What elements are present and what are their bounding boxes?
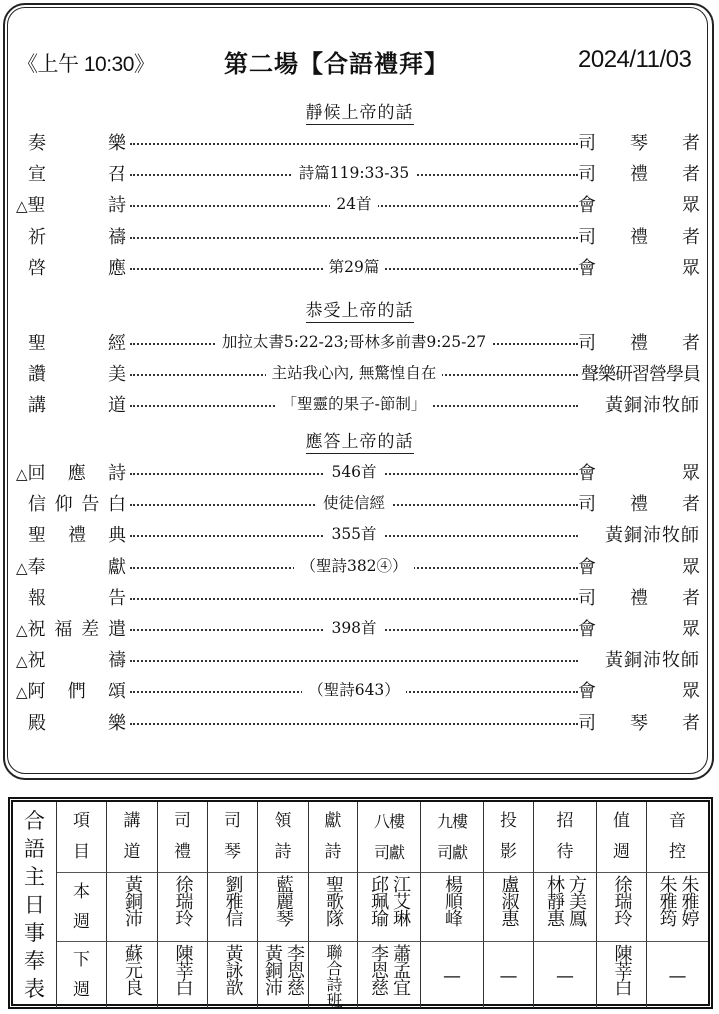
leader-text: 會 xyxy=(578,459,596,485)
liturgy-item-content: 詩篇119:33-35 xyxy=(130,162,578,184)
liturgy-item: 讚美主站我心內, 無驚惶自在聲樂研習營學員 xyxy=(16,358,700,386)
liturgy-item-label: △回應詩 xyxy=(16,459,126,485)
row-label-this-week: 本週 xyxy=(57,873,107,942)
liturgy-item: 祈禱司禮者 xyxy=(16,221,700,249)
leader-text: 司 xyxy=(578,223,596,249)
liturgy-item-content: 398首 xyxy=(130,617,578,639)
liturgy-item-content-text: 主站我心內, 無驚惶自在 xyxy=(266,364,443,382)
empty-dash: — xyxy=(500,966,518,987)
liturgy-item-content-text: 398首 xyxy=(325,619,382,637)
liturgy-item-label: △奉獻 xyxy=(16,553,126,579)
label-char: 禮 xyxy=(68,521,86,547)
header-line: 司 xyxy=(174,806,191,837)
assignee-name: 李恩慈 xyxy=(285,944,303,995)
label-char: 們 xyxy=(68,677,86,703)
liturgy-item: △奉獻（聖詩382④）會眾 xyxy=(16,551,700,579)
leader-text: 眾 xyxy=(682,254,700,280)
leader-text: 者 xyxy=(682,709,700,735)
title-char: 表 xyxy=(24,975,45,1003)
liturgy-item-leader: 黃銅沛牧師 xyxy=(578,646,700,672)
liturgy-item-content: 24首 xyxy=(130,193,578,215)
leader-text: 眾 xyxy=(682,553,700,579)
leader-text: 聲樂研習營學員 xyxy=(581,360,700,386)
header-char: 目 xyxy=(73,837,90,868)
liturgy-item: 啓應第29篇會眾 xyxy=(16,252,700,280)
liturgy-item: △阿們頌（聖詩643）會眾 xyxy=(16,675,700,703)
liturgy-item-content: 主站我心內, 無驚惶自在 xyxy=(130,362,578,384)
leader-text: 禮 xyxy=(630,329,648,355)
duty-assignee-cell: — xyxy=(484,942,534,1008)
assignee-name: 蕭孟宜 xyxy=(391,944,409,995)
header-line: 講 xyxy=(124,806,141,837)
leader-text: 者 xyxy=(682,490,700,516)
duty-assignee-cell: 李恩慈黃銅沛 xyxy=(258,942,309,1008)
congregation-stand-marker-icon: △ xyxy=(16,652,28,670)
liturgy-item-leader: 司禮者 xyxy=(578,329,700,355)
duty-table-grid: 合語主日事奉表項目講道司禮司琴領詩獻詩八樓司獻九樓司獻投影招待值週音控本週黃銅沛… xyxy=(13,802,708,1004)
liturgy-item: 聖禮典355首黃銅沛牧師 xyxy=(16,519,700,547)
bulletin-header: 《上午 10:30》 第二場【合語禮拜】 2024/11/03 xyxy=(0,44,719,80)
label-char: 頌 xyxy=(108,677,126,703)
title-char: 主 xyxy=(24,863,45,891)
label-char: 差 xyxy=(81,615,99,641)
label-char: 信 xyxy=(28,490,46,516)
duty-table-title: 合語主日事奉表 xyxy=(13,802,57,1008)
header-line: 值 xyxy=(613,806,630,837)
dotted-leader xyxy=(130,237,578,239)
header-line: 詩 xyxy=(325,837,342,868)
label-char: 殿 xyxy=(28,709,46,735)
label-char: 樂 xyxy=(108,129,126,155)
label-first: △奉 xyxy=(16,553,46,579)
duty-assignee-cell: 朱雅婷朱雅筠 xyxy=(647,873,708,942)
liturgy-item-content: 加拉太書5:22-23;哥林多前書9:25-27 xyxy=(130,331,578,353)
duty-column-header: 八樓司獻 xyxy=(358,802,421,873)
service-title: 第二場【合語禮拜】 xyxy=(224,44,449,79)
leader-text: 者 xyxy=(682,329,700,355)
leader-text: 禮 xyxy=(630,223,648,249)
duty-assignee-cell: 陳莘白 xyxy=(158,942,208,1008)
label-char: 祝 xyxy=(28,650,46,671)
assignee-name: 林靜惠 xyxy=(545,875,563,926)
liturgy-item-content-text: 355首 xyxy=(325,525,382,543)
liturgy-item-label: △祝禱 xyxy=(16,646,126,672)
liturgy-item-leader: 會眾 xyxy=(578,459,700,485)
label-char: 阿 xyxy=(28,681,46,702)
liturgy-item-label: △阿們頌 xyxy=(16,677,126,703)
assignee-name: 聯合詩班 xyxy=(325,944,341,1008)
label-char: 聖 xyxy=(28,329,46,355)
assignee-name: 聖歌隊 xyxy=(324,875,342,926)
duty-assignee-cell: — xyxy=(647,942,708,1008)
liturgy-item-label: △祝福差遣 xyxy=(16,615,126,641)
label-char: 禱 xyxy=(108,223,126,249)
service-date: 2024/11/03 xyxy=(578,46,691,74)
section-title-text: 恭受上帝的話 xyxy=(306,301,414,323)
header-line: 招 xyxy=(557,806,574,837)
header-line: 影 xyxy=(500,837,517,868)
leader-text: 會 xyxy=(578,677,596,703)
leader-text: 司 xyxy=(578,584,596,610)
label-char: 聖 xyxy=(28,521,46,547)
assignee-name: 楊順峰 xyxy=(443,875,461,926)
label-char: 回 xyxy=(28,463,46,484)
liturgy-item: △祝禱黃銅沛牧師 xyxy=(16,644,700,672)
label-char: 宣 xyxy=(28,160,46,186)
label-char: 報 xyxy=(28,584,46,610)
liturgy-item-leader: 黃銅沛牧師 xyxy=(578,391,700,417)
label-char: 美 xyxy=(108,360,126,386)
liturgy-item-content-text: （聖詩643） xyxy=(302,681,406,699)
leader-text: 司 xyxy=(578,329,596,355)
liturgy-item-content: 546首 xyxy=(130,461,578,483)
liturgy-item-label: 奏樂 xyxy=(16,129,126,155)
leader-text: 者 xyxy=(682,223,700,249)
label-char: 典 xyxy=(108,521,126,547)
label-first: △祝 xyxy=(16,646,46,672)
liturgy-item: △回應詩546首會眾 xyxy=(16,457,700,485)
label-char: 獻 xyxy=(108,553,126,579)
assignee-name: 邱珮瑜 xyxy=(369,875,387,926)
row-label-char: 下 xyxy=(73,945,90,975)
assignee-name: 蘇元良 xyxy=(123,944,141,995)
label-char: 奏 xyxy=(28,129,46,155)
liturgy-item: 報告司禮者 xyxy=(16,582,700,610)
row-label-char: 本 xyxy=(73,877,90,907)
assignee-name: 盧淑惠 xyxy=(500,875,518,926)
leader-text: 眾 xyxy=(682,191,700,217)
liturgy-item: 奏樂司琴者 xyxy=(16,127,700,155)
label-first: △回 xyxy=(16,459,46,485)
liturgy-item-content-text: 詩篇119:33-35 xyxy=(293,164,416,182)
leader-text: 黃銅沛牧師 xyxy=(605,391,700,417)
section-title: 恭受上帝的話 xyxy=(0,296,719,320)
header-line: 八樓 xyxy=(374,806,404,837)
header-line: 禮 xyxy=(174,837,191,868)
liturgy-item: △聖詩24首會眾 xyxy=(16,189,700,217)
label-char: 祝 xyxy=(28,619,46,640)
header-line: 領 xyxy=(275,806,292,837)
assignee-name: 朱雅筠 xyxy=(658,875,676,926)
header-line: 琴 xyxy=(224,837,241,868)
liturgy-item: 殿樂司琴者 xyxy=(16,707,700,735)
assignee-name: 方美鳳 xyxy=(567,875,585,926)
label-char: 應 xyxy=(68,459,86,485)
liturgy-item: 聖經加拉太書5:22-23;哥林多前書9:25-27司禮者 xyxy=(16,327,700,355)
label-char: 詩 xyxy=(108,191,126,217)
liturgy-item-label: △聖詩 xyxy=(16,191,126,217)
duty-assignee-cell: 黃銅沛 xyxy=(107,873,158,942)
leader-text: 會 xyxy=(578,553,596,579)
liturgy-item-leader: 司禮者 xyxy=(578,223,700,249)
label-first: △聖 xyxy=(16,191,46,217)
header-line: 週 xyxy=(613,837,630,868)
liturgy-item-content-text: （聖詩382④） xyxy=(294,557,413,575)
leader-text: 禮 xyxy=(630,490,648,516)
leader-text: 黃銅沛牧師 xyxy=(605,646,700,672)
duty-assignee-cell: 徐瑞玲 xyxy=(158,873,208,942)
assignee-name: 朱雅婷 xyxy=(680,875,698,926)
liturgy-item-leader: 會眾 xyxy=(578,553,700,579)
leader-text: 會 xyxy=(578,191,596,217)
duty-assignee-cell: — xyxy=(421,942,484,1008)
label-char: 啓 xyxy=(28,254,46,280)
label-char: 詩 xyxy=(108,459,126,485)
leader-text: 者 xyxy=(682,160,700,186)
dotted-leader xyxy=(130,143,578,145)
title-char: 日 xyxy=(24,891,45,919)
duty-column-header: 司琴 xyxy=(208,802,258,873)
header-line: 司獻 xyxy=(374,837,404,868)
liturgy-item-leader: 會眾 xyxy=(578,677,700,703)
label-char: 祈 xyxy=(28,223,46,249)
title-char: 語 xyxy=(24,835,45,863)
liturgy-item-content-text: 第29篇 xyxy=(323,258,386,276)
empty-dash: — xyxy=(443,966,461,987)
duty-table: 合語主日事奉表項目講道司禮司琴領詩獻詩八樓司獻九樓司獻投影招待值週音控本週黃銅沛… xyxy=(8,797,713,1009)
label-char: 道 xyxy=(108,391,126,417)
liturgy-item-content-text: 加拉太書5:22-23;哥林多前書9:25-27 xyxy=(216,333,492,351)
assignee-name: 黃銅沛 xyxy=(263,944,281,995)
duty-assignee-cell: — xyxy=(534,942,597,1008)
leader-text: 者 xyxy=(682,129,700,155)
service-time: 《上午 10:30》 xyxy=(17,48,154,78)
duty-column-header: 九樓司獻 xyxy=(421,802,484,873)
title-char: 合 xyxy=(24,807,45,835)
label-char: 聖 xyxy=(28,195,46,216)
assignee-name: 李恩慈 xyxy=(369,944,387,995)
label-char: 白 xyxy=(108,490,126,516)
liturgy-item: 講道「聖靈的果子-節制」黃銅沛牧師 xyxy=(16,389,700,417)
dotted-leader xyxy=(130,598,578,600)
header-line: 音 xyxy=(669,806,686,837)
header-line: 控 xyxy=(669,837,686,868)
liturgy-item-label: 聖禮典 xyxy=(16,521,126,547)
dotted-leader xyxy=(130,723,578,725)
duty-assignee-cell: 盧淑惠 xyxy=(484,873,534,942)
duty-assignee-cell: 黃詠歆 xyxy=(208,942,258,1008)
duty-column-header: 投影 xyxy=(484,802,534,873)
liturgy-item-content: 「聖靈的果子-節制」 xyxy=(130,393,578,415)
liturgy-item-content: 第29篇 xyxy=(130,256,578,278)
header-line: 司獻 xyxy=(437,837,467,868)
liturgy-item-leader: 聲樂研習營學員 xyxy=(578,360,700,386)
liturgy-item-content-text: 546首 xyxy=(325,463,382,481)
leader-text: 司 xyxy=(578,490,596,516)
liturgy-item-label: 殿樂 xyxy=(16,709,126,735)
leader-text: 禮 xyxy=(630,160,648,186)
congregation-stand-marker-icon: △ xyxy=(16,683,28,701)
assignee-name: 徐瑞玲 xyxy=(613,875,631,926)
leader-text: 會 xyxy=(578,254,596,280)
liturgy-item-leader: 會眾 xyxy=(578,615,700,641)
liturgy-item-leader: 司琴者 xyxy=(578,129,700,155)
leader-text: 黃銅沛牧師 xyxy=(605,521,700,547)
liturgy-item: 信仰告白使徒信經司禮者 xyxy=(16,488,700,516)
duty-assignee-cell: 江艾琳邱珮瑜 xyxy=(358,873,421,942)
leader-text: 眾 xyxy=(682,459,700,485)
duty-column-header: 領詩 xyxy=(258,802,309,873)
label-char: 遣 xyxy=(108,615,126,641)
duty-assignee-cell: 蕭孟宜李恩慈 xyxy=(358,942,421,1008)
dotted-leader xyxy=(130,660,578,662)
liturgy-item-leader: 司禮者 xyxy=(578,490,700,516)
leader-text: 禮 xyxy=(630,584,648,610)
assignee-name: 江艾琳 xyxy=(391,875,409,926)
header-line: 待 xyxy=(557,837,574,868)
row-label-next-week: 下週 xyxy=(57,942,107,1008)
duty-assignee-cell: 方美鳳林靜惠 xyxy=(534,873,597,942)
label-char: 召 xyxy=(108,160,126,186)
liturgy-item-label: 祈禱 xyxy=(16,223,126,249)
label-char: 禱 xyxy=(108,646,126,672)
header-line: 九樓 xyxy=(437,806,467,837)
assignee-name: 陳莘白 xyxy=(174,944,192,995)
liturgy-item-label: 報告 xyxy=(16,584,126,610)
duty-column-header: 司禮 xyxy=(158,802,208,873)
label-char: 讚 xyxy=(28,360,46,386)
liturgy-item-content-text: 24首 xyxy=(330,195,377,213)
liturgy-item-content: （聖詩643） xyxy=(130,679,578,701)
duty-column-header: 獻詩 xyxy=(309,802,358,873)
label-char: 告 xyxy=(108,584,126,610)
liturgy-item-label: 啓應 xyxy=(16,254,126,280)
liturgy-item-label: 信仰告白 xyxy=(16,490,126,516)
congregation-stand-marker-icon: △ xyxy=(16,621,28,639)
assignee-name: 劉雅信 xyxy=(224,875,242,926)
empty-dash: — xyxy=(669,966,687,987)
liturgy-item-label: 聖經 xyxy=(16,329,126,355)
duty-assignee-cell: 陳莘白 xyxy=(597,942,647,1008)
leader-text: 者 xyxy=(682,584,700,610)
row-label-char: 週 xyxy=(73,975,90,1005)
leader-text: 眾 xyxy=(682,677,700,703)
assignee-name: 黃詠歆 xyxy=(224,944,242,995)
header-char: 項 xyxy=(73,806,90,837)
label-char: 仰 xyxy=(55,490,73,516)
liturgy-item-label: 講道 xyxy=(16,391,126,417)
duty-column-header: 值週 xyxy=(597,802,647,873)
duty-assignee-cell: 聯合詩班 xyxy=(309,942,358,1008)
header-line: 獻 xyxy=(325,806,342,837)
leader-text: 琴 xyxy=(630,129,648,155)
section-title-text: 應答上帝的話 xyxy=(306,432,414,454)
title-char: 事 xyxy=(24,919,45,947)
duty-assignee-cell: 徐瑞玲 xyxy=(597,873,647,942)
label-char: 講 xyxy=(28,391,46,417)
liturgy-item-leader: 司琴者 xyxy=(578,709,700,735)
duty-column-header: 音控 xyxy=(647,802,708,873)
liturgy-item-leader: 司禮者 xyxy=(578,584,700,610)
duty-assignee-cell: 劉雅信 xyxy=(208,873,258,942)
assignee-name: 陳莘白 xyxy=(613,944,631,995)
liturgy-item-leader: 黃銅沛牧師 xyxy=(578,521,700,547)
section-title-text: 靜候上帝的話 xyxy=(306,103,414,125)
header-line: 司 xyxy=(224,806,241,837)
section-title: 靜候上帝的話 xyxy=(0,98,719,122)
liturgy-item-content: 355首 xyxy=(130,523,578,545)
label-first: △阿 xyxy=(16,677,46,703)
duty-assignee-cell: 聖歌隊 xyxy=(309,873,358,942)
liturgy-item: △祝福差遣398首會眾 xyxy=(16,613,700,641)
leader-text: 司 xyxy=(578,160,596,186)
section-title: 應答上帝的話 xyxy=(0,427,719,451)
header-line: 投 xyxy=(500,806,517,837)
liturgy-item-content: （聖詩382④） xyxy=(130,555,578,577)
duty-assignee-cell: 蘇元良 xyxy=(107,942,158,1008)
label-first: △祝 xyxy=(16,615,46,641)
leader-text: 司 xyxy=(578,129,596,155)
empty-dash: — xyxy=(556,966,574,987)
liturgy-item-leader: 會眾 xyxy=(578,191,700,217)
congregation-stand-marker-icon: △ xyxy=(16,465,28,483)
row-label-char: 週 xyxy=(73,907,90,937)
label-char: 告 xyxy=(81,490,99,516)
label-char: 樂 xyxy=(108,709,126,735)
liturgy-item-leader: 會眾 xyxy=(578,254,700,280)
leader-text: 眾 xyxy=(682,615,700,641)
leader-text: 司 xyxy=(578,709,596,735)
liturgy-item: 宣召詩篇119:33-35司禮者 xyxy=(16,158,700,186)
congregation-stand-marker-icon: △ xyxy=(16,197,28,215)
congregation-stand-marker-icon: △ xyxy=(16,559,28,577)
assignee-name: 黃銅沛 xyxy=(123,875,141,926)
label-char: 經 xyxy=(108,329,126,355)
label-char: 應 xyxy=(108,254,126,280)
header-line: 道 xyxy=(124,837,141,868)
duty-assignee-cell: 楊順峰 xyxy=(421,873,484,942)
title-char: 奉 xyxy=(24,947,45,975)
liturgy-item-content-text: 「聖靈的果子-節制」 xyxy=(276,395,433,413)
liturgy-item-content: 使徒信經 xyxy=(130,492,578,514)
liturgy-item-leader: 司禮者 xyxy=(578,160,700,186)
leader-text: 會 xyxy=(578,615,596,641)
assignee-name: 徐瑞玲 xyxy=(174,875,192,926)
liturgy-item-content-text: 使徒信經 xyxy=(317,494,391,512)
leader-text: 琴 xyxy=(630,709,648,735)
duty-column-header: 講道 xyxy=(107,802,158,873)
liturgy-item-label: 讚美 xyxy=(16,360,126,386)
duty-assignee-cell: 藍麗琴 xyxy=(258,873,309,942)
assignee-name: 藍麗琴 xyxy=(274,875,292,926)
item-header: 項目 xyxy=(57,802,107,873)
liturgy-item-label: 宣召 xyxy=(16,160,126,186)
header-line: 詩 xyxy=(275,837,292,868)
duty-column-header: 招待 xyxy=(534,802,597,873)
label-char: 福 xyxy=(54,615,72,641)
label-char: 奉 xyxy=(28,557,46,578)
